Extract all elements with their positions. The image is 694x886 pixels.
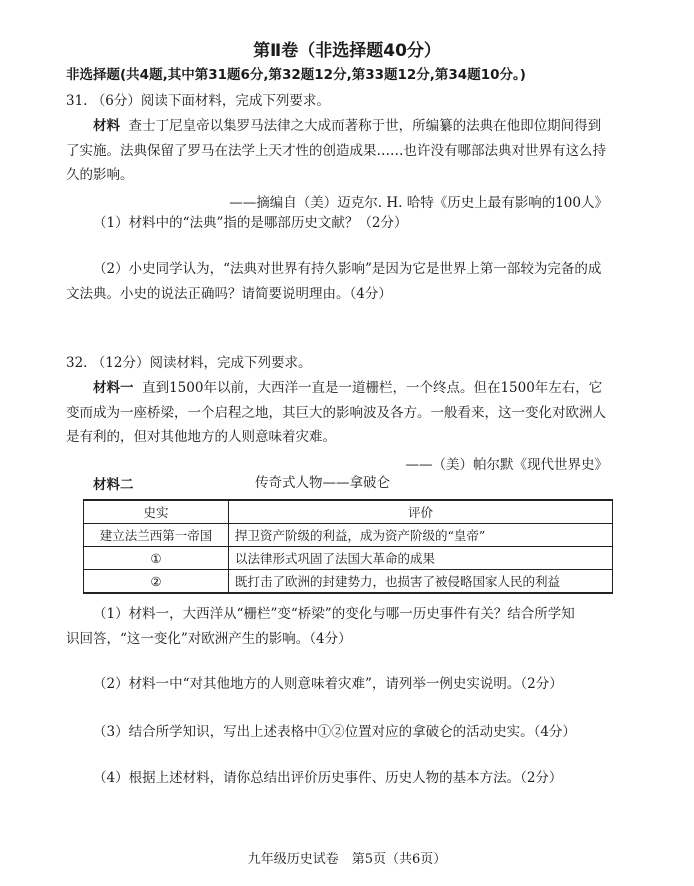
q32-material2-label: 材料二 [93, 476, 134, 494]
q32-material1-line-3: 是有利的，但对其他地方的人则意味着灾难。 [66, 428, 336, 446]
napoleon-table: 史实 评价 建立法兰西第一帝国 捍卫资产阶级的利益，成为资产阶级的“皇帝” ① … [83, 499, 613, 594]
q31-sub2-line-2: 文法典。小史的说法正确吗？请简要说明理由。（4分） [66, 285, 392, 303]
q32-sub1-line-2: 识回答，“这一变化”对欧洲产生的影响。（4分） [66, 630, 352, 648]
q31-sub1: （1）材料中的“法典”指的是哪部历史文献？（2分） [93, 214, 407, 232]
q31-sub2-line-1: （2）小史同学认为，“法典对世界有持久影响”是因为它是世界上第一部较为完备的成 [93, 260, 601, 278]
table-header-cell: 评价 [229, 500, 613, 524]
q32-header: 32. （12分）阅读材料，完成下列要求。 [66, 354, 311, 372]
q31-material-line-3: 久的影响。 [66, 166, 134, 184]
q32-sub4: （4）根据上述材料，请你总结出评价历史事件、历史人物的基本方法。（2分） [93, 769, 562, 787]
q32-material1-line-1: 材料一 直到1500年以前，大西洋一直是一道栅栏，一个终点。但在1500年左右，… [93, 379, 602, 397]
q31-material-line-1: 材料 查士丁尼皇帝以集罗马法律之大成而著称于世，所编纂的法典在他即位期间得到 [93, 117, 601, 135]
table-header-cell: 史实 [84, 500, 229, 524]
q31-material-label: 材料 [93, 118, 120, 134]
table-row: ② 既打击了欧洲的封建势力，也损害了被侵略国家人民的利益 [84, 570, 613, 594]
q32-material1-source: ——（美）帕尔默《现代世界史》 [406, 453, 609, 473]
table-row: 建立法兰西第一帝国 捍卫资产阶级的利益，成为资产阶级的“皇帝” [84, 524, 613, 547]
table-row: ① 以法律形式巩固了法国大革命的成果 [84, 547, 613, 570]
q32-sub3: （3）结合所学知识，写出上述表格中①②位置对应的拿破仑的活动史实。（4分） [93, 723, 576, 741]
q31-material-line-2: 了实施。法典保留了罗马在法学上天才性的创造成果……也许没有哪部法典对世界有这么持 [66, 142, 606, 160]
instructions: 非选择题(共4题,其中第31题6分,第32题12分,第33题12分,第34题10… [66, 66, 526, 84]
table-cell: ① [84, 547, 229, 570]
q32-material1-line-2: 变而成为一座桥梁，一个启程之地，其巨大的影响波及各方。一般看来，这一变化对欧洲人 [66, 404, 606, 422]
section-title: 第Ⅱ卷（非选择题40分） [0, 36, 694, 61]
table-cell: 捍卫资产阶级的利益，成为资产阶级的“皇帝” [229, 524, 613, 547]
table-cell: ② [84, 570, 229, 594]
table-cell: 既打击了欧洲的封建势力，也损害了被侵略国家人民的利益 [229, 570, 613, 594]
table-cell: 建立法兰西第一帝国 [84, 524, 229, 547]
table-cell: 以法律形式巩固了法国大革命的成果 [229, 547, 613, 570]
q31-header: 31. （6分）阅读下面材料，完成下列要求。 [66, 92, 330, 110]
page-footer: 九年级历史试卷 第5页（共6页） [0, 848, 694, 867]
q31-source: ——摘编自（美）迈克尔. H. 哈特《历史上最有影响的100人》 [229, 191, 608, 211]
table-header-row: 史实 评价 [84, 500, 613, 524]
q32-sub1-line-1: （1）材料一，大西洋从“栅栏”变“桥梁”的变化与哪一历史事件有关？结合所学知 [93, 605, 575, 623]
q32-material1-label: 材料一 [93, 380, 134, 396]
q32-sub2: （2）材料一中“对其他地方的人则意味着灾难”，请列举一例史实说明。（2分） [93, 675, 563, 693]
q32-material2-title: 传奇式人物——拿破仑 [255, 474, 390, 492]
